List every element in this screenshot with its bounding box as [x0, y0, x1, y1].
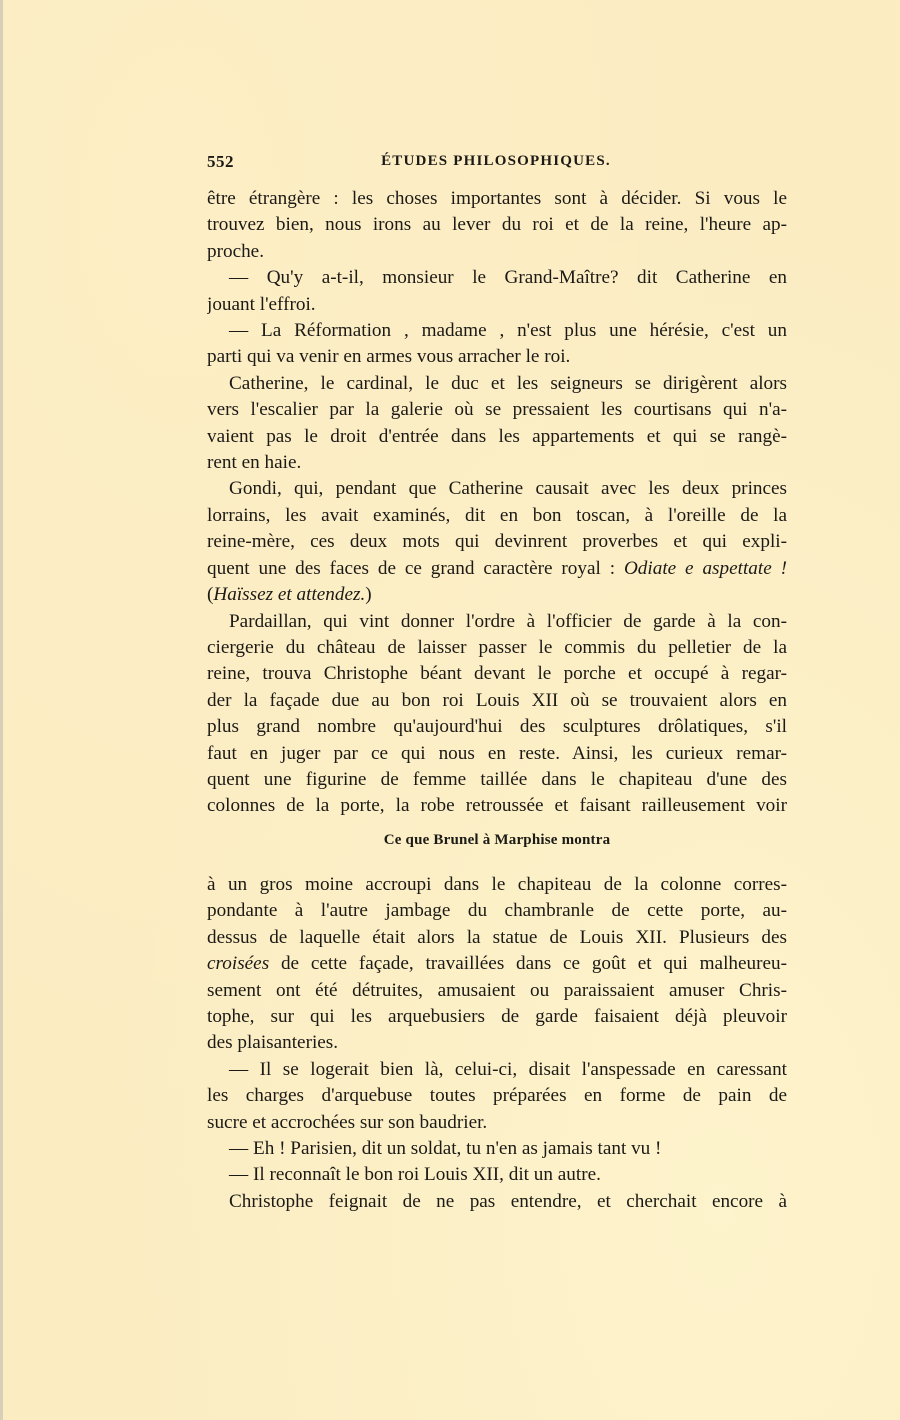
text-line: rent en haie. — [207, 450, 787, 476]
italic-phrase: croisées — [207, 953, 269, 974]
body-text-upper: être étrangère : les choses importantes … — [207, 186, 787, 820]
text-line: colonnes de la porte, la robe retroussée… — [207, 793, 787, 819]
illustration-caption: Ce que Brunel à Marphise montra — [207, 832, 787, 849]
text-line: — Qu'y a-t-il, monsieur le Grand-Maître?… — [207, 265, 787, 291]
text-line: pondante à l'autre jambage du chambranle… — [207, 898, 787, 924]
text-line: sement ont été détruites, amusaient ou p… — [207, 978, 787, 1004]
text-line: dessus de laquelle était alors la statue… — [207, 925, 787, 951]
book-page: 552 ÉTUDES PHILOSOPHIQUES. être étrangèr… — [0, 0, 900, 1420]
text-line: reine, trouva Christophe béant devant le… — [207, 661, 787, 687]
text-line: lorrains, les avait examinés, dit en bon… — [207, 503, 787, 529]
text-line: parti qui va venir en armes vous arrache… — [207, 344, 787, 370]
text-line: (Haïssez et attendez.) — [207, 582, 787, 608]
text-line: faut en juger par ce qui nous en reste. … — [207, 741, 787, 767]
body-text-lower: à un gros moine accroupi dans le chapite… — [207, 872, 787, 1215]
text-line: der la façade due au bon roi Louis XII o… — [207, 688, 787, 714]
text-line: — La Réformation , madame , n'est plus u… — [207, 318, 787, 344]
text-line: tophe, sur qui les arquebusiers de garde… — [207, 1004, 787, 1030]
text-line: être étrangère : les choses importantes … — [207, 186, 787, 212]
text-line: quent une figurine de femme taillée dans… — [207, 767, 787, 793]
text-line: des plaisanteries. — [207, 1030, 787, 1056]
text-line: — Il reconnaît le bon roi Louis XII, dit… — [207, 1162, 787, 1188]
running-head: 552 ÉTUDES PHILOSOPHIQUES. — [207, 152, 785, 176]
text-line: Catherine, le cardinal, le duc et les se… — [207, 371, 787, 397]
text-line: vers l'escalier par la galerie où se pre… — [207, 397, 787, 423]
text-line: trouvez bien, nous irons au lever du roi… — [207, 212, 787, 238]
text-line: — Il se logerait bien là, celui-ci, disa… — [207, 1057, 787, 1083]
running-title: ÉTUDES PHILOSOPHIQUES. — [207, 153, 785, 170]
text-line: — Eh ! Parisien, dit un soldat, tu n'en … — [207, 1136, 787, 1162]
text-line: ciergerie du château de laisser passer l… — [207, 635, 787, 661]
italic-phrase: Odiate e aspettate ! — [624, 558, 787, 579]
text-line: à un gros moine accroupi dans le chapite… — [207, 872, 787, 898]
text-line: les charges d'arquebuse toutes préparées… — [207, 1083, 787, 1109]
text-line: vaient pas le droit d'entrée dans les ap… — [207, 424, 787, 450]
text-line: jouant l'effroi. — [207, 292, 787, 318]
text-line: Gondi, qui, pendant que Catherine causai… — [207, 476, 787, 502]
italic-phrase: Haïssez et attendez. — [213, 584, 365, 605]
page-edge — [0, 0, 3, 1420]
text-line: Pardaillan, qui vint donner l'ordre à l'… — [207, 609, 787, 635]
text-line: reine-mère, ces deux mots qui devinrent … — [207, 529, 787, 555]
text-line: Christophe feignait de ne pas entendre, … — [207, 1189, 787, 1215]
text-line: plus grand nombre qu'aujourd'hui des scu… — [207, 714, 787, 740]
text-line: quent une des faces de ce grand caractèr… — [207, 556, 787, 582]
text-line: sucre et accrochées sur son baudrier. — [207, 1110, 787, 1136]
text-line: proche. — [207, 239, 787, 265]
text-line: croisées de cette façade, travaillées da… — [207, 951, 787, 977]
